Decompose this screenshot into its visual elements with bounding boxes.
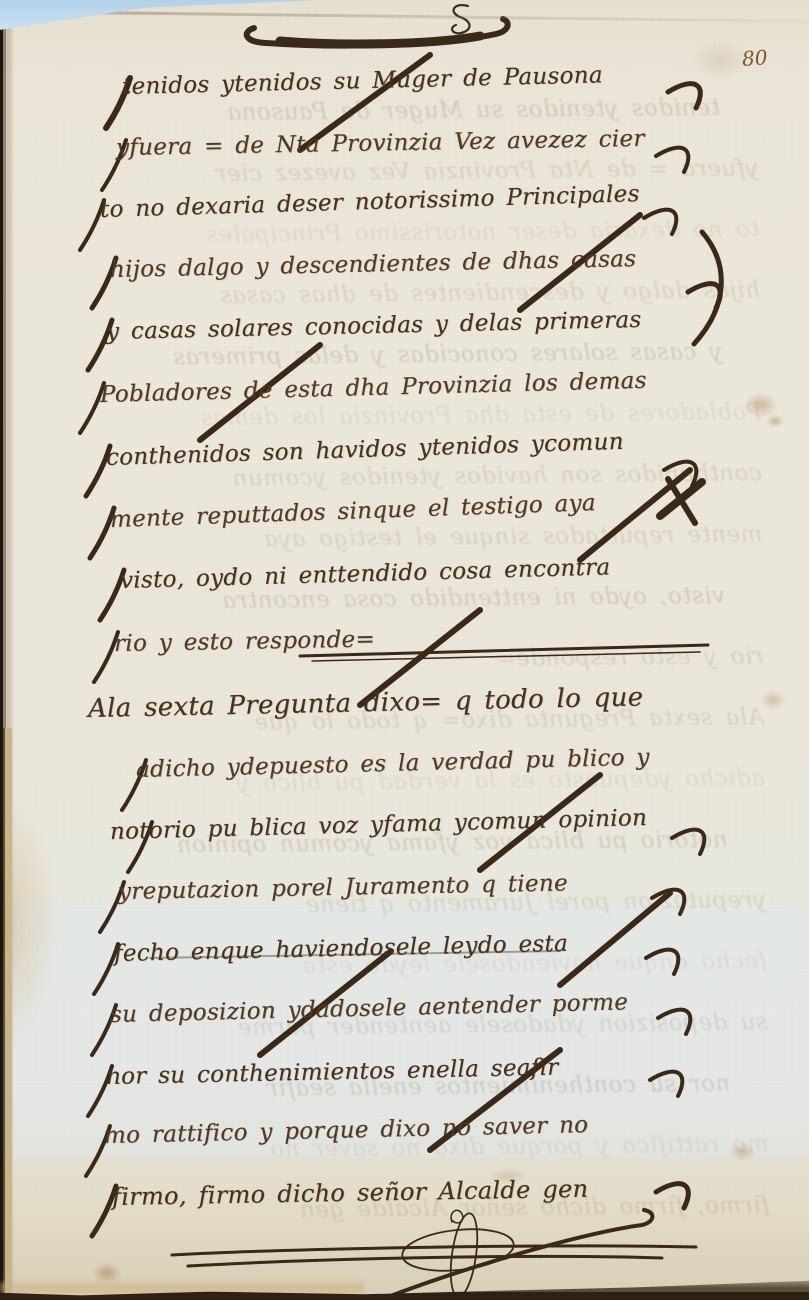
page-bottom-deckle [0,1282,364,1294]
manuscript-line: y casas solares conocidas y delas primer… [106,307,642,345]
manuscript-line: conthenidos son havidos ytenidos ycomun [106,429,625,471]
manuscript-line: mente reputtados sinque el testigo aya [110,490,597,533]
manuscript-line: firmo, firmo dicho señor Alcalde gen [112,1175,589,1211]
manuscript-line: Ala sexta Pregunta dixo= q todo lo que [88,682,644,724]
manuscript-line: mo rattifico y porque dixo no saver no [104,1112,589,1149]
manuscript-line: notorio pu blica voz yfama ycomun opinio… [110,805,648,845]
page-deckle-edge [3,728,13,1300]
manuscript-line: tenidos ytenidos su Muger de Pausona [122,62,603,100]
manuscript-line: yreputazion porel Juramento q tiene [118,870,568,905]
manuscript-line: yfuera = de Nta Provinzia Vez avezez cie… [116,126,645,161]
manuscript-line: rio y esto responde= [114,626,375,657]
manuscript-page: tenidos ytenidos su Muger de Pausonayfue… [0,0,809,1300]
manuscript-line: Pobladores de esta dha Provinzia los dem… [100,368,647,408]
manuscript-line: nor su conthenimientos enella seafir [106,1055,559,1090]
manuscript-line: to no dexaria deser notorissimo Principa… [100,181,640,223]
manuscript-line: hijos dalgo y descendientes de dhas casa… [110,246,637,283]
folio-number: 80 [741,45,768,71]
manuscript-line: visto, oydo ni enttendido cosa encontra [120,554,611,594]
manuscript-line: fecho enque haviendosele leydo esta [114,931,569,967]
manuscript-line: adicho ydepuesto es la verdad pu blico y [136,744,650,783]
manuscript-line: su deposizion ydadosele aentender porme [110,989,629,1028]
manuscript-text-block: tenidos ytenidos su Muger de Pausona yfu… [0,0,809,1300]
